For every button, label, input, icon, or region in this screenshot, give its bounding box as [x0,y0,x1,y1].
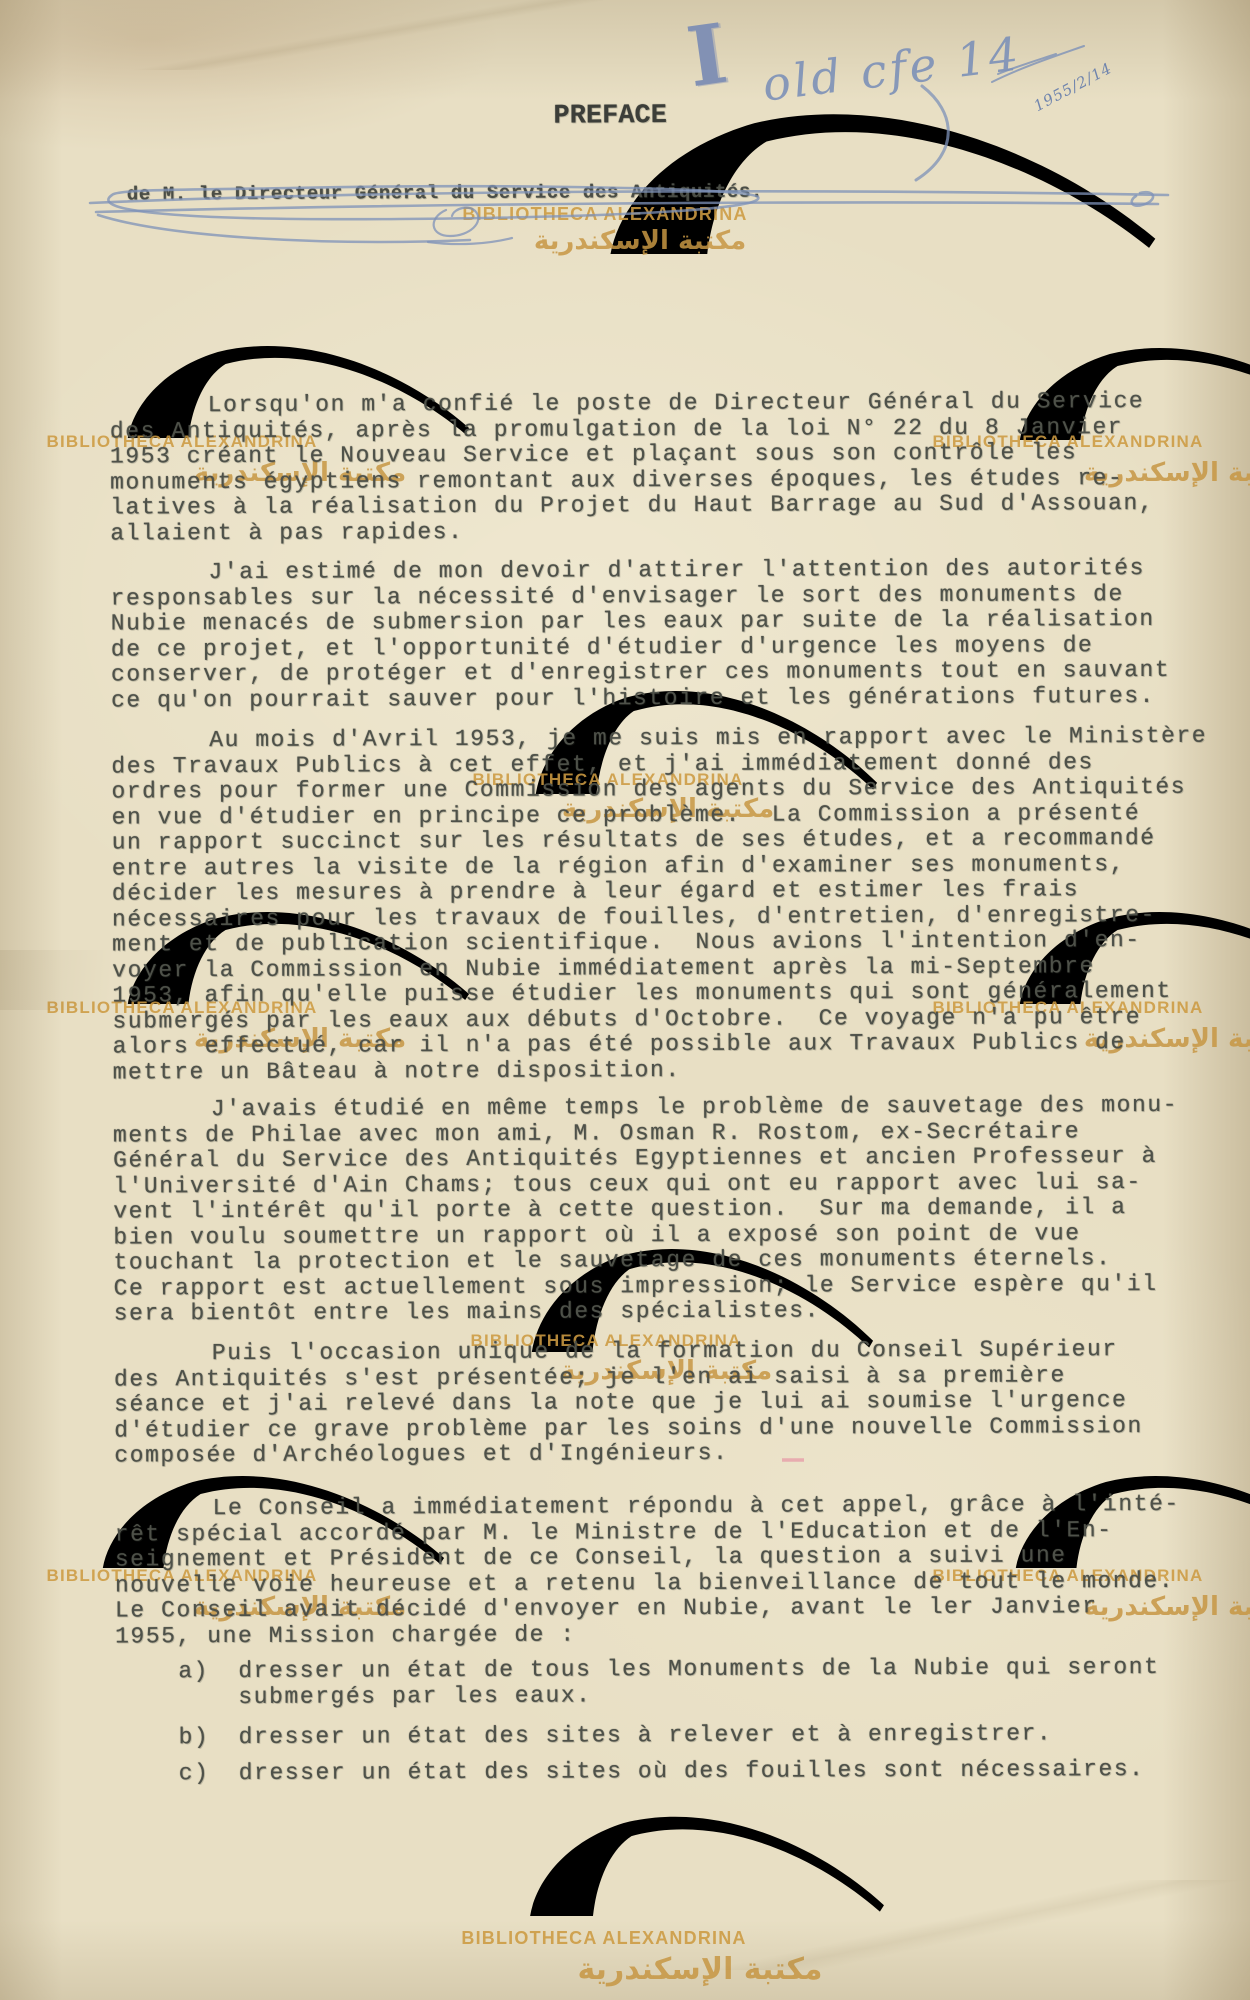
paragraph: Lorsqu'on m'a confié le poste de Directe… [110,389,1221,547]
text-line: Le Conseil avait décidé d'envoyer en Nub… [115,1594,1225,1624]
list-item: b) dresser un état des sites à relever e… [179,1721,1053,1750]
watermark-latin-text: BIBLIOTHECA ALEXANDRINA [461,1928,746,1949]
text-line: 1955, une Mission chargée de : [115,1619,1225,1649]
watermark-arabic-text: مكتبة الإسكندرية [577,1952,822,1987]
paragraph: Au mois d'Avril 1953, je me suis mis en … [111,724,1223,1086]
list-marker: b) [179,1725,239,1751]
text-line: allaient à pas rapides. [110,516,1220,546]
list-item: a) dresser un état de tous les Monuments… [178,1655,1159,1710]
handwritten-date-annotation: 1955/2/14 [1031,59,1115,115]
list-item: c) dresser un état des sites où des foui… [179,1757,1145,1787]
list-marker: c) [179,1761,239,1787]
text-line: alors effectué, car il n'a pas été possi… [113,1030,1223,1060]
list-marker: a) [178,1659,238,1710]
page-subtitle: de M. le Directeur Général du Service de… [127,181,763,206]
text-line: d'étudier ce grave problème par les soin… [114,1413,1224,1443]
text-line: submergés par les eaux. [238,1680,1159,1710]
text-line: ce qu'on pourrait sauver pour l'histoire… [111,683,1221,713]
watermark-arc-icon [522,1808,887,1916]
paragraph: Puis l'occasion unique de la formation d… [114,1337,1225,1469]
strikethrough-end-loop [1132,192,1153,206]
scanned-document-page: BIBLIOTHECA ALEXANDRINA مكتبة الإسكندرية… [0,0,1250,2000]
text-line: Ce rapport est actuellement sous impress… [114,1271,1224,1301]
paragraph: J'avais étudié en même temps le problème… [113,1093,1224,1327]
paragraph: Le Conseil a immédiatement répondu à cet… [115,1492,1226,1650]
text-line: mettre un Bâteau à notre disposition. [113,1055,1223,1085]
roman-numeral-annotation: I [682,6,733,106]
text-line: dresser un état des sites à relever et à… [239,1721,1053,1750]
strikethrough-tail [98,215,470,242]
text-line: composée d'Archéologues et d'Ingénieurs. [114,1439,1224,1469]
text-line: dresser un état de tous les Monuments de… [238,1655,1159,1685]
watermark-latin-text: BIBLIOTHECA ALEXANDRINA [462,204,747,225]
paragraph: J'ai estimé de mon devoir d'attirer l'at… [110,556,1221,714]
text-line: sera bientôt entre les mains des spécial… [114,1297,1224,1327]
handwritten-paren [916,86,948,180]
page-title: PREFACE [553,101,667,131]
text-line: latives à la réalisation du Projet du Ha… [110,491,1220,521]
handwritten-code-annotation: old cfe 14 [760,26,1024,111]
paper-crease [60,0,680,70]
watermark-arabic-text: مكتبة الإسكندرية [534,226,746,256]
text-line: dresser un état des sites où des fouille… [239,1757,1145,1786]
